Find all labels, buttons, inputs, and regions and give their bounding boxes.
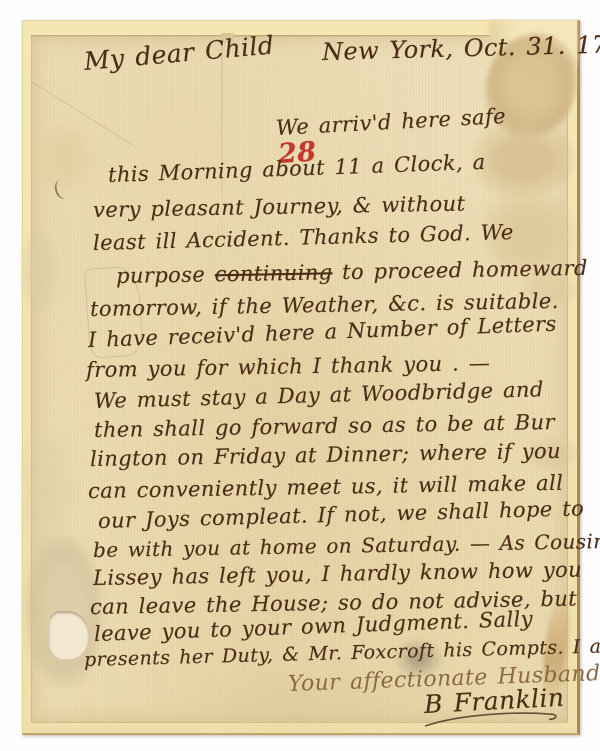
purpose-text-post: to proceed homeward [332, 256, 588, 284]
signature: B Franklin [423, 683, 565, 719]
letter-scan: My dear Child New York, Oct. 31. 176 We … [0, 0, 600, 751]
strikethrough-word: continuing [214, 260, 332, 286]
purpose-text-pre: purpose [116, 262, 215, 288]
